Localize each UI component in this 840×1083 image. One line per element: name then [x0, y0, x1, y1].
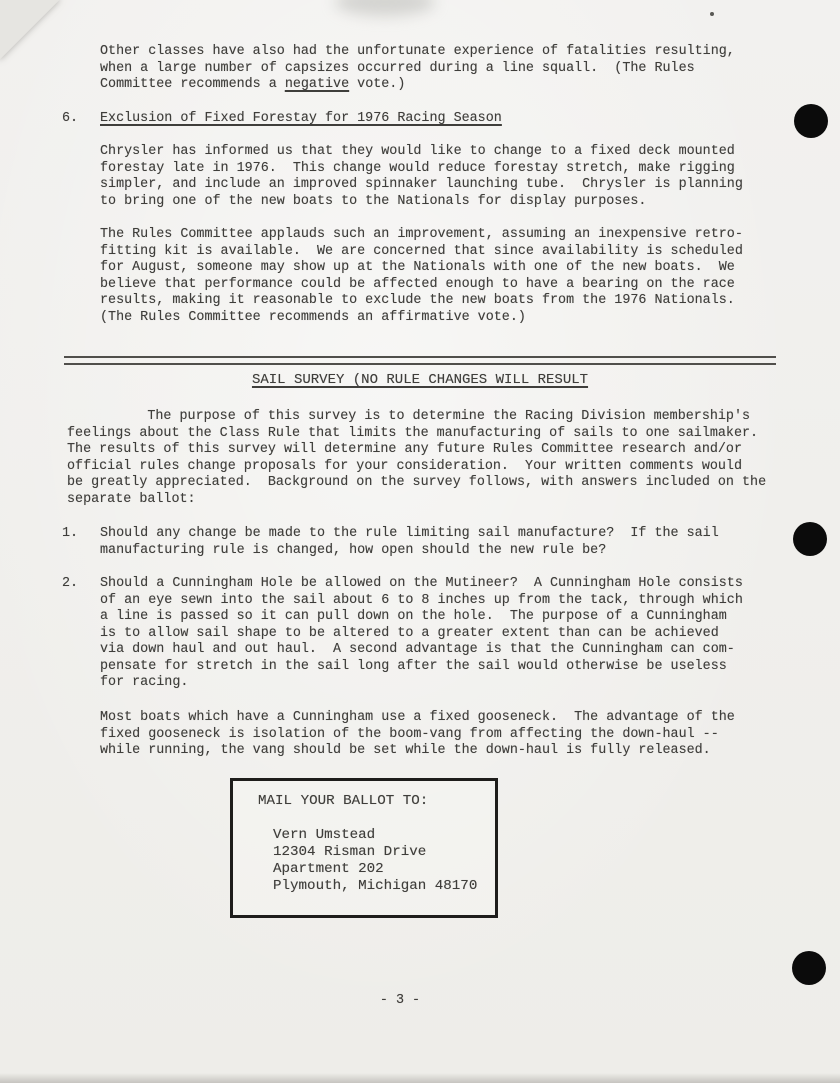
- scan-smudge-mark: [335, 0, 435, 16]
- stray-period-mark: [710, 12, 714, 16]
- registration-dot-icon-1: [794, 104, 828, 138]
- section6-paragraph-chrysler: Chrysler has informed us that they would…: [100, 144, 743, 210]
- survey-item-2-text: Should a Cunningham Hole be allowed on t…: [100, 576, 743, 692]
- emphasized-word-negative: negative: [285, 77, 349, 92]
- survey-intro-paragraph: The purpose of this survey is to determi…: [67, 409, 766, 508]
- divider-rule-top: [64, 356, 776, 358]
- ballot-mailing-box: MAIL YOUR BALLOT TO: Vern Umstead 12304 …: [230, 778, 498, 918]
- scan-corner-shadow-icon: [0, 0, 59, 59]
- section6-paragraph-rules-committee: The Rules Committee applauds such an imp…: [100, 227, 743, 326]
- survey-item-1-number: 1.: [62, 526, 78, 543]
- paragraph-text-tail: vote.): [349, 77, 405, 92]
- survey-item-1-text: Should any change be made to the rule li…: [100, 526, 719, 559]
- section6-number: 6.: [62, 111, 78, 128]
- gooseneck-paragraph: Most boats which have a Cunningham use a…: [100, 710, 735, 760]
- scan-edge-shadow-bottom: [0, 1073, 840, 1083]
- ballot-box-address: Vern Umstead 12304 Risman Drive Apartmen…: [273, 827, 477, 895]
- paragraph-text-lead: Other classes have also had the unfortun…: [100, 44, 735, 92]
- registration-dot-icon-2: [793, 522, 827, 556]
- page-number: - 3 -: [340, 993, 460, 1010]
- survey-item-2-number: 2.: [62, 576, 78, 593]
- survey-heading-text: SAIL SURVEY (NO RULE CHANGES WILL RESULT: [252, 372, 588, 388]
- registration-dot-icon-3: [792, 951, 826, 985]
- paragraph-capsize-fatalities: Other classes have also had the unfortun…: [100, 44, 735, 94]
- scanned-document-page: Other classes have also had the unfortun…: [0, 0, 840, 1083]
- section6-heading: Exclusion of Fixed Forestay for 1976 Rac…: [100, 111, 502, 128]
- survey-section-heading: SAIL SURVEY (NO RULE CHANGES WILL RESULT: [0, 372, 840, 389]
- divider-rule-bottom: [64, 363, 776, 365]
- ballot-box-heading: MAIL YOUR BALLOT TO:: [258, 793, 428, 810]
